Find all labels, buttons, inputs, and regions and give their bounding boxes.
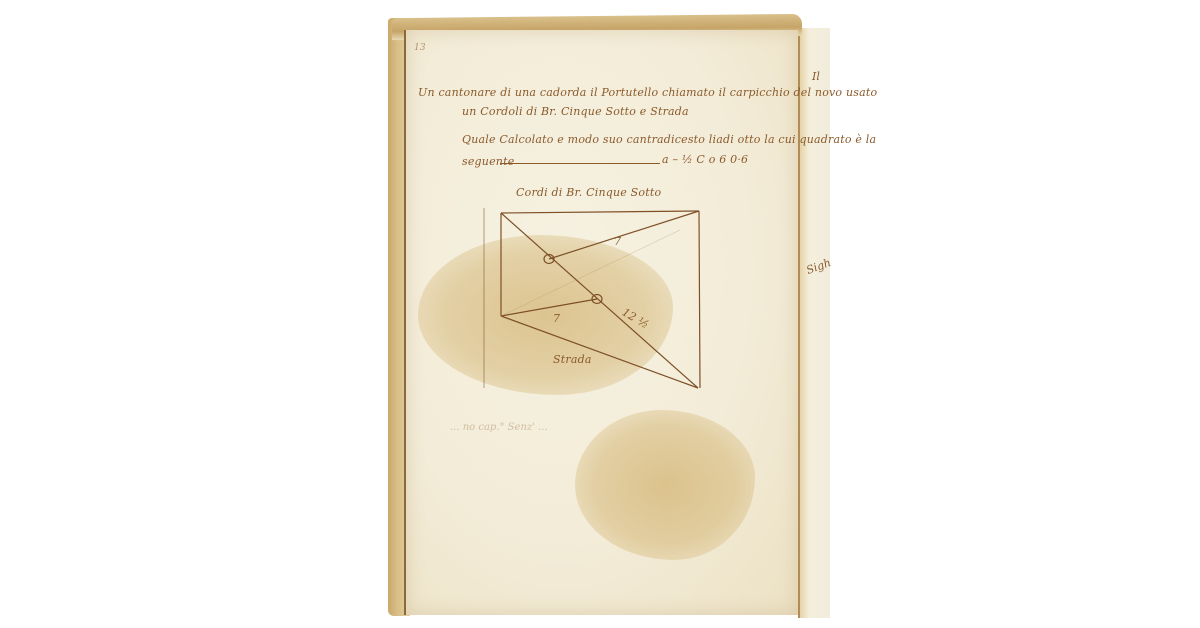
margin-note-middle: Sigh: [805, 256, 833, 277]
diagram-label-upper: 7: [614, 235, 621, 248]
text-line-3: Quale Calcolato e modo suo cantradicesto…: [462, 133, 876, 146]
margin-note-top: Il: [812, 70, 820, 83]
text-line-1: Un cantonare di una cadorda il Portutell…: [418, 86, 877, 99]
diagram-label-bottom: Strada: [553, 353, 592, 366]
text-line-2: un Cordoli di Br. Cinque Sotto e Strada: [462, 105, 689, 118]
diagram-label-lower: 7: [553, 312, 560, 325]
diagram-caption: Cordi di Br. Cinque Sotto: [516, 186, 661, 199]
bleedthrough-text: ... no cap.° Senz' ...: [450, 422, 548, 433]
ruled-line: [500, 163, 660, 164]
text-line-4: seguente: [462, 155, 514, 168]
formula-tail: a – ½ C o 6 0·6: [662, 153, 748, 166]
geometric-diagram: [480, 200, 720, 400]
facing-page: Il Sigh: [798, 28, 830, 618]
page-number: 13: [414, 43, 426, 53]
